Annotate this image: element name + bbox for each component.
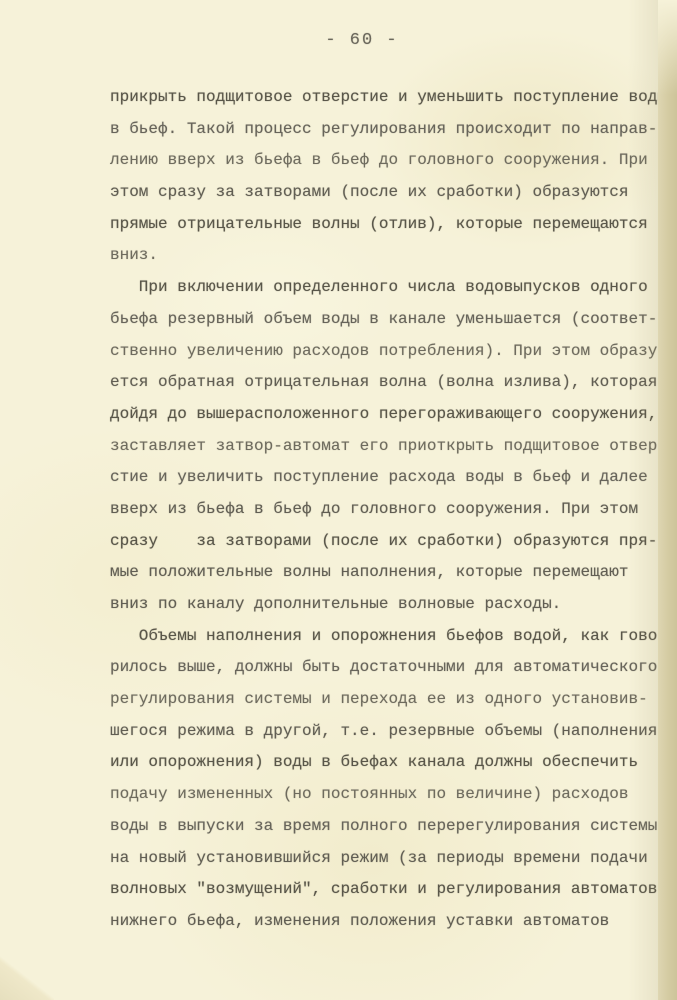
text-line: Объемы наполнения и опорожнения бьефов в… xyxy=(110,621,670,653)
text-line: рилось выше, должны быть достаточными дл… xyxy=(110,652,670,684)
text-line: При включении определенного числа водовы… xyxy=(110,272,670,304)
text-line: в бьеф. Такой процесс регулирования прои… xyxy=(110,114,670,146)
text-line: вниз по каналу дополнительные волновые р… xyxy=(110,589,670,621)
text-line: нижнего бьефа, изменения положения устав… xyxy=(110,906,670,938)
text-line: вниз. xyxy=(110,240,670,272)
paragraph-3: Объемы наполнения и опорожнения бьефов в… xyxy=(110,621,670,938)
text-line: регулирования системы и перехода ее из о… xyxy=(110,684,670,716)
text-line: ственно увеличению расходов потребления)… xyxy=(110,336,670,368)
text-line: на новый установившийся режим (за период… xyxy=(110,843,670,875)
text-line: вверх из бьефа в бьеф до головного соору… xyxy=(110,494,670,526)
text-line: заставляет затвор-автомат его приоткрыть… xyxy=(110,431,670,463)
text-line: бьефа резервный объем воды в канале умен… xyxy=(110,304,670,336)
text-line: или опорожнения) воды в бьефах канала до… xyxy=(110,747,670,779)
text-line: волновых "возмущений", сработки и регули… xyxy=(110,874,670,906)
text-line: прикрыть подщитовое отверстие и уменьшит… xyxy=(110,82,670,114)
text-line: воды в выпуски за время полного перерегу… xyxy=(110,811,670,843)
corner-fold xyxy=(0,950,54,1000)
text-line: прямые отрицательные волны (отлив), кото… xyxy=(110,209,670,241)
paragraph-1: прикрыть подщитовое отверстие и уменьшит… xyxy=(110,82,670,272)
text-line: мые положительные волны наполнения, кото… xyxy=(110,557,670,589)
scanned-document-page: - 60 - прикрыть подщитовое отверстие и у… xyxy=(0,0,677,1000)
text-block: прикрыть подщитовое отверстие и уменьшит… xyxy=(110,82,670,938)
text-line: подачу измененных (но постоянных по вели… xyxy=(110,779,670,811)
text-line: сразу за затворами (после их сработки) о… xyxy=(110,526,670,558)
page-number: - 60 - xyxy=(297,31,427,50)
text-line: дойдя до вышерасположенного перегоражива… xyxy=(110,399,670,431)
paper-curl-shadow xyxy=(628,0,658,1000)
page-edge-strip xyxy=(658,0,677,1000)
text-line: лению вверх из бьефа в бьеф до головного… xyxy=(110,145,670,177)
text-line: этом сразу за затворами (после их сработ… xyxy=(110,177,670,209)
text-line: ется обратная отрицательная волна (волна… xyxy=(110,367,670,399)
paragraph-2: При включении определенного числа водовы… xyxy=(110,272,670,621)
text-line: шегося режима в другой, т.е. резервные о… xyxy=(110,716,670,748)
text-line: стие и увеличить поступление расхода вод… xyxy=(110,462,670,494)
